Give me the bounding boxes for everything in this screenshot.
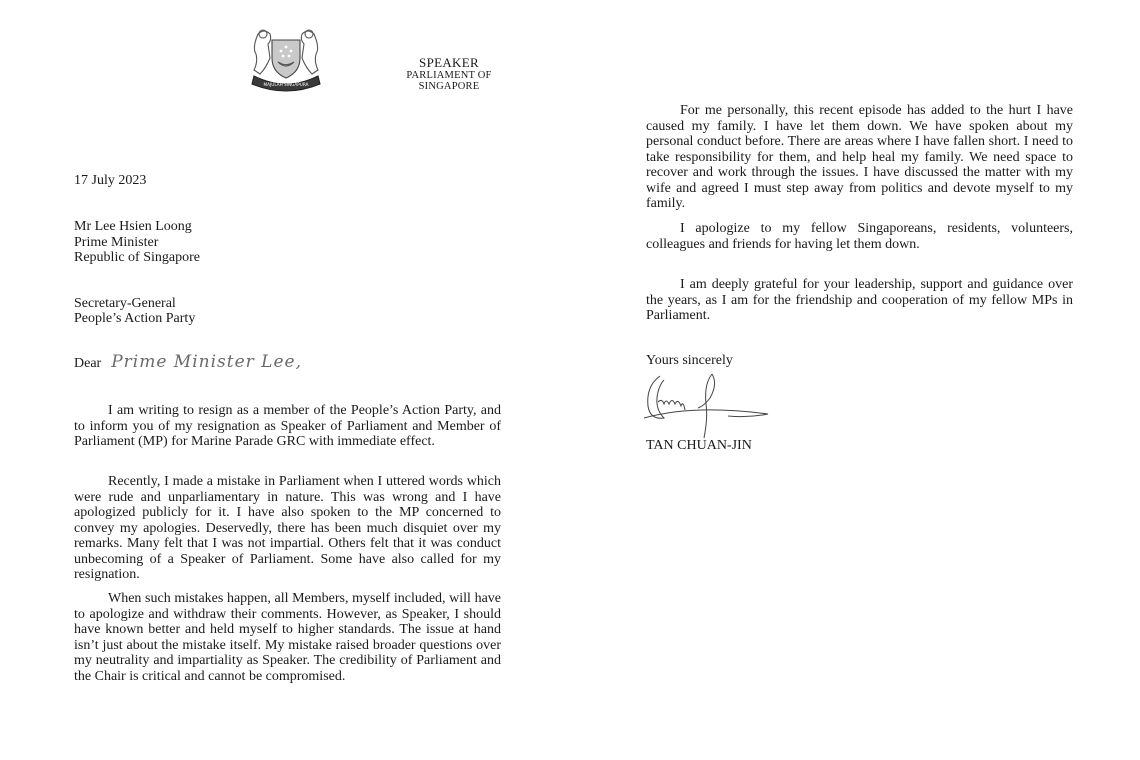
- recipient-country: Republic of Singapore: [74, 250, 200, 266]
- recipient-title: Prime Minister: [74, 235, 200, 251]
- signature-icon: [640, 368, 780, 440]
- coat-of-arms-icon: MAJULAH SINGAPURA: [248, 26, 324, 92]
- svg-text:MAJULAH SINGAPURA: MAJULAH SINGAPURA: [264, 82, 309, 87]
- paragraph-standards: When such mistakes happen, all Members, …: [74, 591, 501, 684]
- letter-date: 17 July 2023: [74, 173, 146, 189]
- salutation: Dear Prime Minister Lee,: [74, 352, 302, 372]
- recipient-block: Mr Lee Hsien Loong Prime Minister Republ…: [74, 219, 200, 327]
- paragraph-gratitude: I am deeply grateful for your leadership…: [646, 277, 1073, 324]
- paragraph-apology: I apologize to my fellow Singaporeans, r…: [646, 221, 1073, 252]
- salutation-printed: Dear: [74, 356, 101, 371]
- letterhead-title: SPEAKER: [376, 55, 522, 71]
- signatory-name: TAN CHUAN-JIN: [646, 438, 752, 454]
- recipient-party-role: Secretary-General: [74, 296, 200, 312]
- letterhead-subtitle: PARLIAMENT OF SINGAPORE: [376, 70, 522, 92]
- recipient-name: Mr Lee Hsien Loong: [74, 219, 200, 235]
- recipient-party: People’s Action Party: [74, 311, 200, 327]
- valediction: Yours sincerely: [646, 353, 733, 369]
- paragraph-family: For me personally, this recent episode h…: [646, 103, 1073, 212]
- paragraph-resignation: I am writing to resign as a member of th…: [74, 403, 501, 450]
- salutation-handwritten: Prime Minister Lee,: [111, 352, 302, 372]
- paragraph-mistake: Recently, I made a mistake in Parliament…: [74, 474, 501, 583]
